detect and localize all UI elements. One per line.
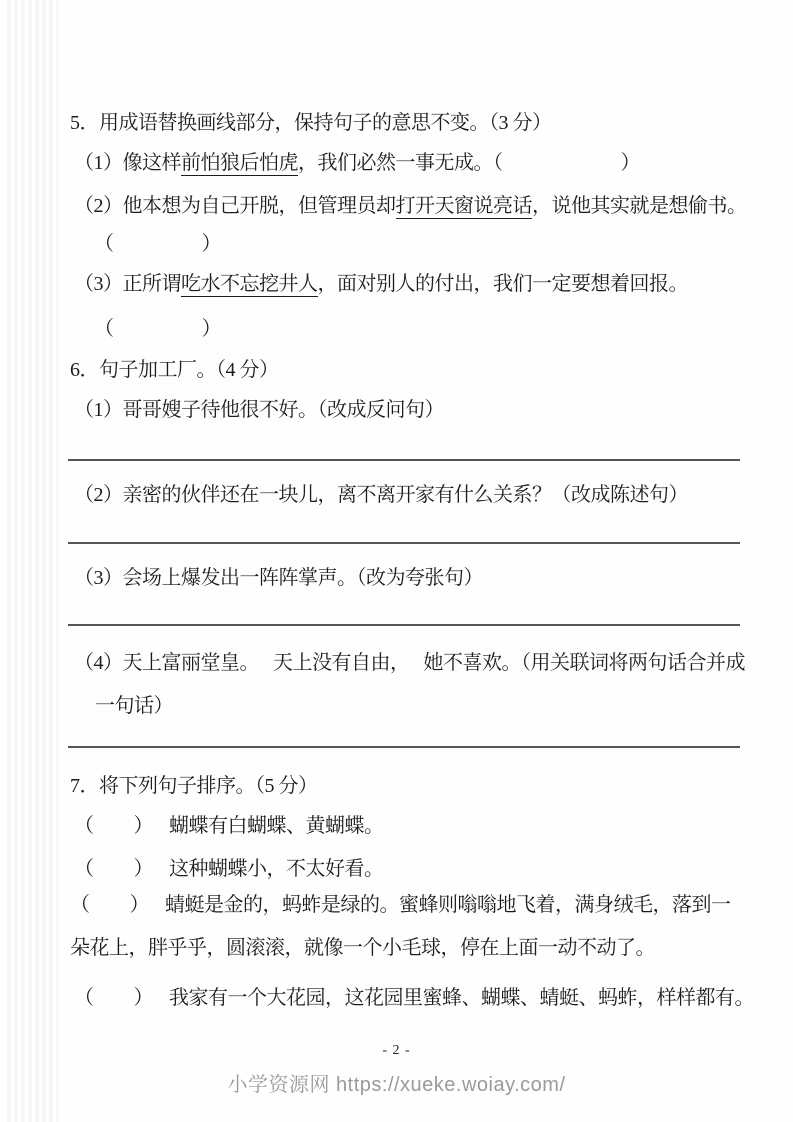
q7-item-4: （）我家有一个大花园，这花园里蜜蜂、蝴蝶、蜻蜓、蚂蚱，样样都有。 [74, 985, 754, 1011]
q5-item-1-paren-open: （ [493, 152, 503, 174]
q7-item-4-text: 我家有一个大花园，这花园里蜜蜂、蝴蝶、蜻蜓、蚂蚱，样样都有。 [169, 987, 754, 1009]
scan-margin-stripes [4, 0, 58, 1122]
q5-item-3-answer-parens: （） [94, 316, 221, 342]
q5-item-2-pre: （2）他本想为自己开脱，但管理员却 [74, 195, 396, 217]
q7-item-2-order-blank [94, 874, 134, 875]
question-7-heading: 7．将下列句子排序。（5 分） [70, 773, 318, 799]
answer-line-2 [68, 542, 740, 544]
q5-item-3-paren-close: ） [202, 318, 222, 340]
q5-item-3-pre: （3）正所谓 [74, 273, 181, 295]
q5-item-3-paren-open: （ [94, 318, 114, 340]
q7-item-1-order-blank [94, 831, 134, 832]
gap [153, 874, 169, 875]
q7-item-3-order-blank [90, 910, 130, 911]
q5-item-2-underlined-idiom: 打开天窗说亮话 [396, 195, 533, 219]
q5-item-1-answer-blank [503, 168, 621, 169]
q6-item-2: （2）亲密的伙伴还在一块儿，离不离开家有什么关系？（改成陈述句） [74, 482, 688, 508]
q7-item-4-paren-open: （ [74, 987, 94, 1009]
q7-item-4-paren-close: ） [134, 987, 154, 1009]
q7-item-3-paren-close: ） [130, 894, 150, 916]
q7-item-2-text: 这种蝴蝶小，不太好看。 [169, 858, 384, 880]
q5-item-2-paren-open: （ [94, 233, 114, 255]
q5-item-3-underlined-idiom: 吃水不忘挖井人 [181, 273, 318, 297]
q6-item-3: （3）会场上爆发出一阵阵掌声。（改为夸张句） [74, 565, 483, 591]
q5-item-1: （1）像这样前怕狼后怕虎，我们必然一事无成。（） [74, 150, 640, 176]
q7-item-1: （）蝴蝶有白蝴蝶、黄蝴蝶。 [74, 813, 384, 839]
q5-item-2-answer-parens: （） [94, 231, 221, 257]
q5-item-2-post: ，说他其实就是想偷书。 [532, 195, 747, 217]
q5-item-2-paren-close: ） [202, 233, 222, 255]
q7-item-1-text: 蝴蝶有白蝴蝶、黄蝴蝶。 [169, 815, 384, 837]
q7-item-3-text: 蜻蜓是金的，蚂蚱是绿的。蜜蜂则嗡嗡地飞着，满身绒毛，落到一朵花上，胖乎乎，圆滚滚… [70, 894, 731, 959]
question-5-heading: 5．用成语替换画线部分，保持句子的意思不变。（3 分） [70, 110, 552, 136]
answer-line-1 [68, 459, 740, 461]
gap [149, 910, 165, 911]
gap [153, 831, 169, 832]
footer-site-link[interactable]: 小学资源网 https://xueke.woiay.com/ [0, 1068, 793, 1097]
q7-item-1-paren-open: （ [74, 815, 94, 837]
q6-item-4-line-2: 一句话） [95, 693, 173, 719]
q5-item-3-post: ，面对别人的付出，我们一定要想着回报。 [318, 273, 689, 295]
q7-item-2-paren-open: （ [74, 858, 94, 880]
q5-item-1-underlined-idiom: 前怕狼后怕虎 [181, 152, 298, 176]
q7-item-3-paren-open: （ [70, 894, 90, 916]
page-number: - 2 - [0, 1043, 793, 1059]
q5-item-1-post: ，我们必然一事无成。 [298, 152, 493, 174]
q5-item-2-answer-blank [114, 249, 202, 250]
q6-item-1: （1）哥哥嫂子待他很不好。（改成反问句） [74, 397, 444, 423]
q7-item-2: （）这种蝴蝶小，不太好看。 [74, 856, 384, 882]
q5-item-3-answer-blank [114, 334, 202, 335]
q5-item-1-pre: （1）像这样 [74, 152, 181, 174]
worksheet-page: 5．用成语替换画线部分，保持句子的意思不变。（3 分） （1）像这样前怕狼后怕虎… [0, 0, 793, 1122]
question-6-heading: 6．句子加工厂。（4 分） [70, 357, 279, 383]
q5-item-2: （2）他本想为自己开脱，但管理员却打开天窗说亮话，说他其实就是想偷书。 [74, 193, 747, 219]
q7-item-4-order-blank [94, 1003, 134, 1004]
q5-item-1-paren-close: ） [621, 152, 641, 174]
answer-line-4 [68, 746, 740, 748]
answer-line-3 [68, 624, 740, 626]
q7-item-1-paren-close: ） [134, 815, 154, 837]
q6-item-4-line-1: （4）天上富丽堂皇。 天上没有自由， 她不喜欢。（用关联词将两句话合并成 [74, 650, 745, 676]
q7-item-2-paren-close: ） [134, 858, 154, 880]
gap [153, 1003, 169, 1004]
q5-item-3: （3）正所谓吃水不忘挖井人，面对别人的付出，我们一定要想着回报。 [74, 271, 688, 297]
q7-item-3: （）蜻蜓是金的，蚂蚱是绿的。蜜蜂则嗡嗡地飞着，满身绒毛，落到一朵花上，胖乎乎，圆… [70, 884, 746, 970]
